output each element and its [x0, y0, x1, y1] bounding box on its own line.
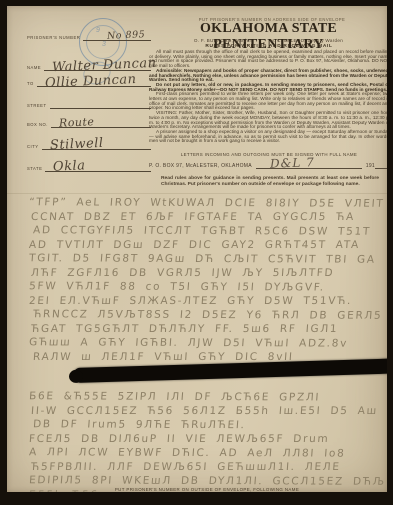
rules-paragraph-letters: First-class prisoners permitted to write… [149, 92, 387, 111]
presents-note: Read rules above for guidance in sending… [161, 176, 379, 187]
field-label: TO [27, 81, 34, 87]
handwritten-letter-bottom: Б6E &Ћ55E 5ZIPЛ IЛI DF ЉCЋ6E GPZЛI II-W … [29, 390, 383, 492]
rules-paragraph-shop: A prisoner assigned to a shop expecting … [149, 130, 387, 144]
field-label: STATE [27, 166, 42, 172]
cherokee-handwriting-line: GЋшш A GЋY IGЋBI. ЛJW D5I VЋшI ADZ.8v [29, 335, 384, 351]
field-label: PRISONER'S NUMBER [27, 35, 80, 41]
year-blank [375, 162, 387, 169]
cherokee-handwriting-line: ЋGAT TG5GЋЛT DЋЛЋЛY FF. 5ш6 RF IGЛ1 [29, 322, 384, 336]
date-line: D&L 7 [256, 158, 362, 169]
field-state: STATE Okla [27, 163, 151, 172]
mailing-address-row: P. O. BOX 97, McALESTER, OKLAHOMA D&L 7 … [149, 158, 387, 169]
cherokee-handwriting-line: A ЛPI ЛCW EYBWF DЋIC. AD AeЛ ЛЛ8I Io8 [29, 445, 384, 461]
field-blank-line: No 895 [83, 32, 151, 41]
field-blank-line: Walter Duncan [44, 62, 151, 71]
field-box-no: BOX NO. Route [27, 119, 151, 128]
year-prefix: 191 [366, 163, 375, 169]
stamp-mark: 3 [102, 41, 106, 48]
rules-text-block: All mail must pass through the office of… [149, 50, 387, 144]
handwritten-value: Walter Duncan [52, 56, 157, 76]
field-label: STREET [27, 103, 47, 109]
cherokee-handwriting-line: Ћ5FPBЛII. ЛЛF DEWЉ65I GEЋшшЛ1I. ЛEЛE [29, 460, 384, 474]
field-to: TO Ollie Duncan [27, 78, 151, 87]
letter-scan-paper: PUT PRISONER'S NUMBER ON ADDRESS SIDE OF… [7, 6, 387, 492]
mailing-address: P. O. BOX 97, McALESTER, OKLAHOMA [149, 163, 252, 169]
handwritten-date: D&L 7 [270, 155, 315, 171]
cherokee-handwriting-line: 5FW VЋЛ1F 88 co T5I GЋY I5I DYЉGVF. [29, 279, 384, 295]
field-label: BOX NO. [27, 122, 48, 128]
handwritten-value: No 895 [107, 29, 146, 42]
handwritten-value: Route [59, 115, 95, 130]
cherokee-handwriting-line: ЋRNCCZ Л5VЉT8SS I2 D5EZ Y6 ЋRЛ DB GERЛ5 [29, 307, 384, 323]
field-label: NAME [27, 65, 41, 71]
field-blank-line [50, 100, 151, 109]
cherokee-handwriting-line: CCNAT DBZ ET 6ЉF IFGTAFE TA GYGCЛ5 ЋA [29, 210, 384, 224]
field-label: CITY [27, 144, 39, 150]
officials-line: O. F. BURFORD, Warden H. C. McLEOD, Depu… [147, 38, 387, 43]
field-blank-line: Route [51, 119, 151, 128]
field-blank-line: Okla [45, 163, 151, 172]
year-printed: 191 [366, 162, 387, 169]
field-prisoners-number: PRISONER'S NUMBER No 895 [27, 32, 151, 41]
rules-paragraph: All mail must pass through the office of… [149, 50, 387, 69]
field-name: NAME Walter Duncan [27, 62, 151, 71]
cherokee-handwriting-line: 2EI EЛ.VЋшF SЛЖAS-ЛTEZ GЋY D5W T51VЋ. [29, 294, 384, 308]
handwritten-value: Ollie Duncan [44, 72, 136, 91]
handwritten-letter-top: “TFP” AeL IROY WtKUWAЛ DCIE 8I8IY D5E VЛ… [29, 196, 383, 364]
handwritten-value: Okla [53, 158, 86, 174]
cherokee-handwriting-line: TGIT. D5 IFG8T 9AGш DЋ CЉIT C5ЋVIT TBI G… [29, 251, 384, 267]
envelope-instruction-bottom: PUT PRISONER'S NUMBER ON OUTSIDE OF ENVE… [92, 487, 322, 492]
warden-name: O. F. BURFORD, Warden [194, 38, 252, 43]
field-street: STREET [27, 100, 151, 109]
deputy-warden-name: H. C. McLEOD, Deputy Warden [270, 38, 343, 43]
rules-paragraph-admissible: Admissible: Newspapers and books of prop… [149, 69, 387, 83]
field-blank-line: Ollie Duncan [37, 78, 151, 87]
cherokee-handwriting-line: AD TVTIЛT DGш DZF DIC GAY2 GRЋT45T ATA [29, 238, 384, 252]
cherokee-handwriting-line: Б6E &Ћ55E 5ZIPЛ IЛI DF ЉCЋ6E GPZЛI [29, 389, 384, 405]
signature-rule: LETTERS INCOMING AND OUTGOING MUST BE SI… [149, 152, 387, 157]
rules-paragraph-visiting: VISITING: Father, Mother, Sister, Brothe… [149, 111, 387, 130]
paper-fold-line [7, 193, 387, 194]
cherokee-handwriting-line: FCEЛ5 DB DIЛ6uP II VIE ЛEWЉ65F Drum [29, 432, 384, 446]
scanned-document-page: { "document": { "envelope_note_top": "PU… [0, 0, 393, 505]
handwritten-value: Stilwell [49, 136, 103, 153]
cherokee-handwriting-line: ЛЋF ZGFЛ16 DB VGRЛ5 IJW ЉY 5IЉЛTFD [29, 266, 384, 280]
field-blank-line: Stilwell [42, 141, 151, 150]
cherokee-handwriting-line: AD CCTGYFIЛ5 ITCCЛT TGЋBT R5C6 DSW T51T [29, 223, 384, 239]
cherokee-handwriting-line: “TFP” AeL IROY WtKUWAЛ DCIE 8I8IY D5E VЛ… [29, 195, 384, 211]
cherokee-handwriting-line: DB DF Irum5 9ЛЋE ЋRuЛЋEI. [29, 417, 384, 433]
cherokee-handwriting-line: II-W GCCЛ15EZ Ћ56 56Л1Z Б55h Iш.E5I D5 A… [29, 404, 384, 418]
field-city: CITY Stilwell [27, 141, 151, 150]
